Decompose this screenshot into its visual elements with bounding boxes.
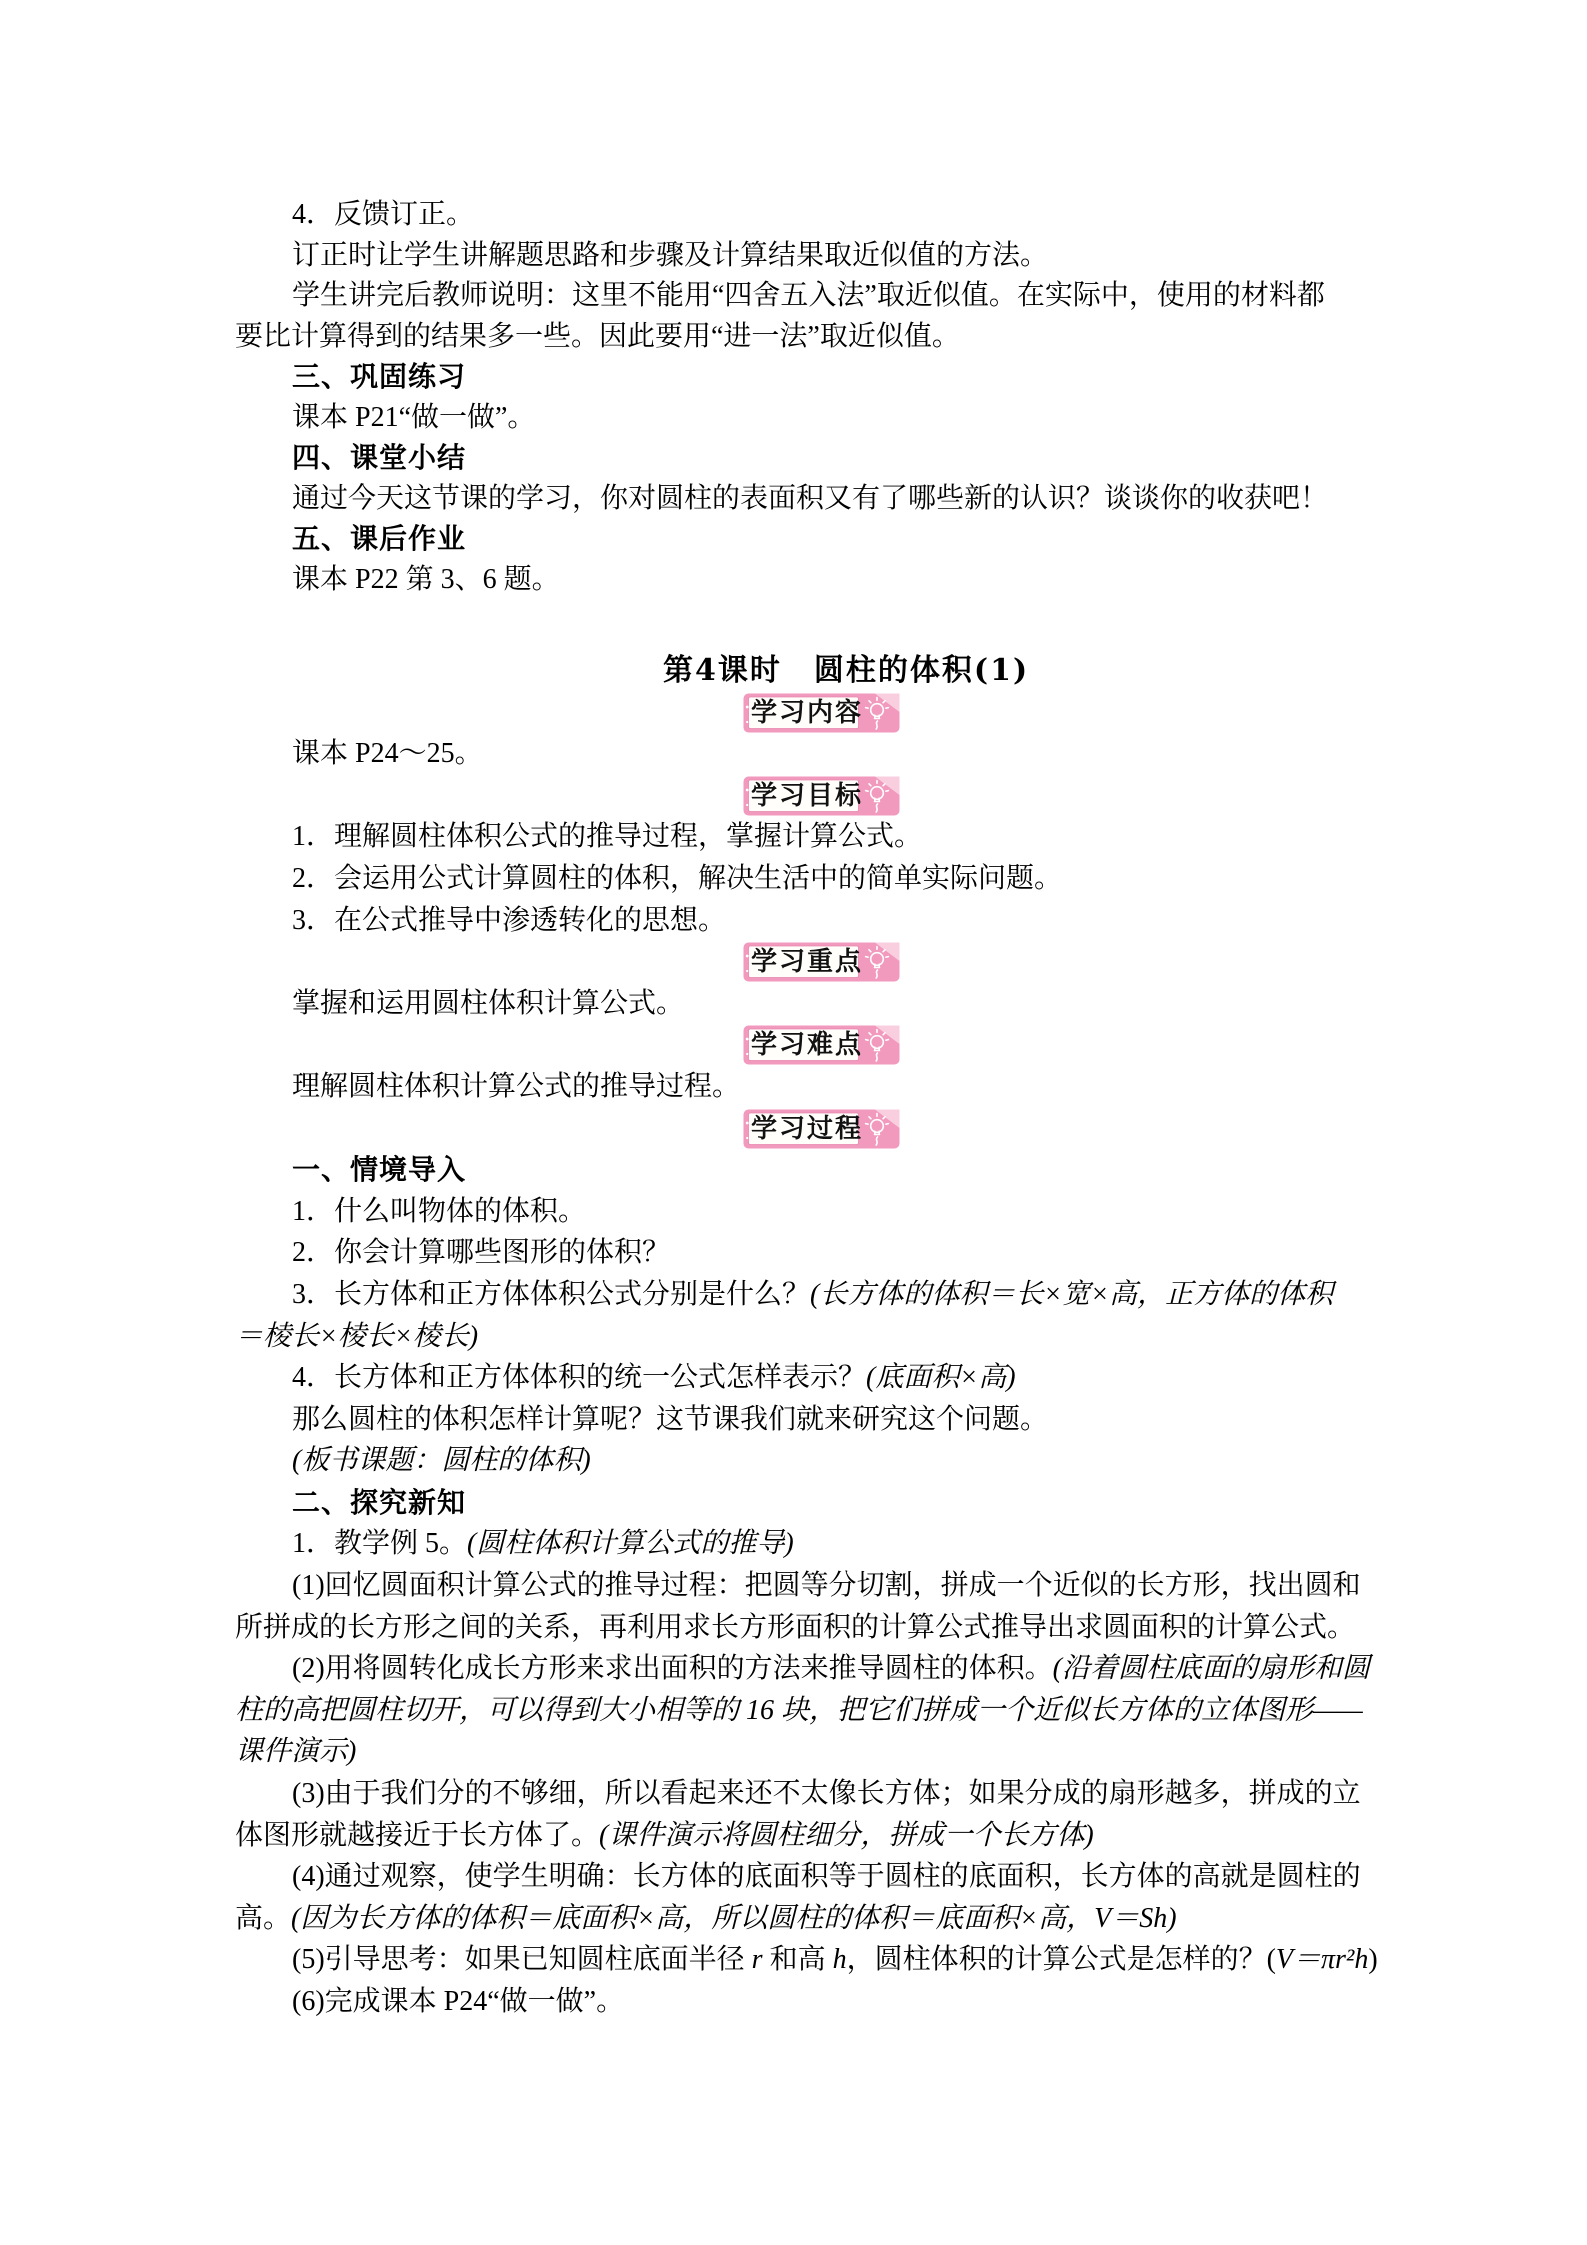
text-segment: 高。	[235, 1903, 291, 1934]
text-line: 课本 P24～25。	[235, 733, 1420, 775]
lesson-title: 第4课时 圆柱的体积(1)	[235, 650, 1420, 692]
text-line: 1．理解圆柱体积公式的推导过程，掌握计算公式。	[235, 816, 1420, 858]
text-segment: (1)回忆圆面积计算公式的推导过程：把圆等分切割，拼成一个近似的长方形，找出圆和	[292, 1570, 1361, 1601]
badge-row: 学习过程	[235, 1108, 1420, 1150]
text-line: 通过今天这节课的学习，你对圆柱的表面积又有了哪些新的认识？谈谈你的收获吧！	[235, 479, 1420, 520]
text-segment: (板书课题：圆柱的体积)	[292, 1445, 591, 1476]
section-badge: 学习难点	[743, 1025, 900, 1065]
section-heading: 一、情境导入	[235, 1149, 1420, 1191]
text-segment: 那么圆柱的体积怎样计算呢？这节课我们就来研究这个问题。	[292, 1404, 1048, 1435]
text-line: 柱的高把圆柱切开，可以得到大小相等的 16 块，把它们拼成一个近似长方体的立体图…	[235, 1690, 1420, 1732]
text-segment: h	[833, 1944, 847, 1975]
text-segment: 要比计算得到的结果多一些。因此要用“进一法”取近似值。	[235, 321, 960, 352]
badge-label: 学习过程	[751, 1111, 857, 1147]
text-segment: (课件演示将圆柱细分，拼成一个长方体)	[599, 1820, 1094, 1851]
badge-label: 学习内容	[751, 695, 857, 731]
text-line: 要比计算得到的结果多一些。因此要用“进一法”取近似值。	[235, 317, 1420, 358]
section-badge: 学习内容	[743, 693, 900, 733]
text-segment: 学生讲完后教师说明：这里不能用“四舍五入法”取近似值。在实际中，使用的材料都	[292, 280, 1325, 311]
text-line: 3．长方体和正方体体积公式分别是什么？(长方体的体积＝长×宽×高，正方体的体积	[235, 1274, 1420, 1316]
section-heading: 四、课堂小结	[235, 438, 1420, 479]
text-line: 课件演示)	[235, 1731, 1420, 1773]
text-line: 高。(因为长方体的体积＝底面积×高，所以圆柱的体积＝底面积×高，V＝Sh)	[235, 1898, 1420, 1940]
text-segment: ＝棱长×棱长×棱长)	[235, 1321, 478, 1352]
text-segment: (5)引导思考：如果已知圆柱底面半径	[292, 1944, 752, 1975]
text-line: 课本 P22 第 3、6 题。	[235, 560, 1420, 601]
badge-row: 学习重点	[235, 941, 1420, 983]
text-segment: (长方体的体积＝长×宽×高，正方体的体积	[810, 1279, 1333, 1310]
text-segment: 通过今天这节课的学习，你对圆柱的表面积又有了哪些新的认识？谈谈你的收获吧！	[292, 483, 1328, 514]
badge-row: 学习内容	[235, 692, 1420, 734]
text-line: 体图形就越接近于长方体了。(课件演示将圆柱细分，拼成一个长方体)	[235, 1815, 1420, 1857]
text-segment: V＝πr²h	[1276, 1944, 1368, 1975]
text-line: 课本 P21“做一做”。	[235, 398, 1420, 439]
text-segment: (6)完成课本 P24“做一做”。	[292, 1986, 624, 2017]
text-line: 1．什么叫物体的体积。	[235, 1191, 1420, 1233]
text-line: ＝棱长×棱长×棱长)	[235, 1316, 1420, 1358]
text-segment: 4．反馈订正。	[292, 199, 474, 230]
text-segment: 订正时让学生讲解题思路和步骤及计算结果取近似值的方法。	[292, 240, 1048, 271]
text-segment: 所拼成的长方形之间的关系，再利用求长方形面积的计算公式推导出求圆面积的计算公式。	[235, 1612, 1355, 1643]
badge-label: 学习重点	[751, 944, 857, 980]
text-segment: ，圆柱体积的计算公式是怎样的？(	[847, 1944, 1276, 1975]
text-column: 4．反馈订正。订正时让学生讲解题思路和步骤及计算结果取近似值的方法。学生讲完后教…	[235, 195, 1420, 2023]
text-line: 4．长方体和正方体体积的统一公式怎样表示？(底面积×高)	[235, 1357, 1420, 1399]
text-line: 4．反馈订正。	[235, 195, 1420, 236]
text-line: 那么圆柱的体积怎样计算呢？这节课我们就来研究这个问题。	[235, 1399, 1420, 1441]
text-segment: 体图形就越接近于长方体了。	[235, 1820, 599, 1851]
text-segment: 柱的高把圆柱切开，可以得到大小相等的 16 块，把它们拼成一个近似长方体的立体图…	[235, 1695, 1363, 1726]
text-line: (2)用将圆转化成长方形来求出面积的方法来推导圆柱的体积。(沿着圆柱底面的扇形和…	[235, 1648, 1420, 1690]
section-heading: 五、课后作业	[235, 519, 1420, 560]
text-line: (5)引导思考：如果已知圆柱底面半径 r 和高 h，圆柱体积的计算公式是怎样的？…	[235, 1939, 1420, 1981]
text-segment: 1．什么叫物体的体积。	[292, 1196, 586, 1227]
text-line: 订正时让学生讲解题思路和步骤及计算结果取近似值的方法。	[235, 236, 1420, 277]
section-heading: 三、巩固练习	[235, 357, 1420, 398]
badge-row: 学习目标	[235, 775, 1420, 817]
text-line: 2．会运用公式计算圆柱的体积，解决生活中的简单实际问题。	[235, 858, 1420, 900]
text-segment: (圆柱体积计算公式的推导)	[467, 1528, 794, 1559]
section-badge: 学习重点	[743, 942, 900, 982]
badge-label: 学习目标	[751, 778, 857, 814]
text-segment: (因为长方体的体积＝底面积×高，所以圆柱的体积＝底面积×高，	[291, 1903, 1094, 1934]
text-segment: )	[1167, 1903, 1176, 1934]
document-page: 4．反馈订正。订正时让学生讲解题思路和步骤及计算结果取近似值的方法。学生讲完后教…	[0, 0, 1587, 2245]
text-line: 1．教学例 5。(圆柱体积计算公式的推导)	[235, 1523, 1420, 1565]
section-gap	[235, 600, 1420, 650]
text-segment: 课本 P22 第 3、6 题。	[292, 564, 560, 595]
text-line: (1)回忆圆面积计算公式的推导过程：把圆等分切割，拼成一个近似的长方形，找出圆和	[235, 1565, 1420, 1607]
text-segment: V＝Sh	[1094, 1903, 1167, 1934]
text-segment: (2)用将圆转化成长方形来求出面积的方法来推导圆柱的体积。	[292, 1653, 1053, 1684]
text-segment: (底面积×高)	[866, 1362, 1016, 1393]
text-line: 学生讲完后教师说明：这里不能用“四舍五入法”取近似值。在实际中，使用的材料都	[235, 276, 1420, 317]
text-segment: 3．长方体和正方体体积公式分别是什么？	[292, 1279, 810, 1310]
text-line: (板书课题：圆柱的体积)	[235, 1440, 1420, 1482]
text-line: 所拼成的长方形之间的关系，再利用求长方形面积的计算公式推导出求圆面积的计算公式。	[235, 1607, 1420, 1649]
section-badge: 学习目标	[743, 776, 900, 816]
section-badge: 学习过程	[743, 1109, 900, 1149]
text-segment: 和高	[763, 1944, 833, 1975]
badge-label: 学习难点	[751, 1027, 857, 1063]
text-segment: 课本 P21“做一做”。	[292, 402, 535, 433]
text-segment: )	[1368, 1944, 1377, 1975]
text-segment: (3)由于我们分的不够细，所以看起来还不太像长方体；如果分成的扇形越多，拼成的立	[292, 1778, 1361, 1809]
text-line: 2．你会计算哪些图形的体积？	[235, 1232, 1420, 1274]
text-segment: 1．教学例 5。	[292, 1528, 467, 1559]
text-segment: 课件演示)	[235, 1736, 356, 1767]
section-heading: 二、探究新知	[235, 1482, 1420, 1524]
text-segment: 3．在公式推导中渗透转化的思想。	[292, 905, 726, 936]
text-segment: r	[752, 1944, 763, 1975]
text-segment: 1．理解圆柱体积公式的推导过程，掌握计算公式。	[292, 821, 922, 852]
text-segment: 2．你会计算哪些图形的体积？	[292, 1237, 670, 1268]
text-segment: 掌握和运用圆柱体积计算公式。	[292, 988, 684, 1019]
text-segment: 4．长方体和正方体体积的统一公式怎样表示？	[292, 1362, 866, 1393]
text-segment: (沿着圆柱底面的扇形和圆	[1053, 1653, 1370, 1684]
text-line: 理解圆柱体积计算公式的推导过程。	[235, 1066, 1420, 1108]
text-segment: (4)通过观察，使学生明确：长方体的底面积等于圆柱的底面积，长方体的高就是圆柱的	[292, 1861, 1361, 1892]
text-line: 掌握和运用圆柱体积计算公式。	[235, 983, 1420, 1025]
text-line: 3．在公式推导中渗透转化的思想。	[235, 900, 1420, 942]
badge-row: 学习难点	[235, 1024, 1420, 1066]
text-segment: 课本 P24～25。	[292, 738, 483, 769]
text-line: (4)通过观察，使学生明确：长方体的底面积等于圆柱的底面积，长方体的高就是圆柱的	[235, 1856, 1420, 1898]
text-line: (6)完成课本 P24“做一做”。	[235, 1981, 1420, 2023]
text-line: (3)由于我们分的不够细，所以看起来还不太像长方体；如果分成的扇形越多，拼成的立	[235, 1773, 1420, 1815]
text-segment: 2．会运用公式计算圆柱的体积，解决生活中的简单实际问题。	[292, 863, 1062, 894]
text-segment: 理解圆柱体积计算公式的推导过程。	[292, 1071, 740, 1102]
